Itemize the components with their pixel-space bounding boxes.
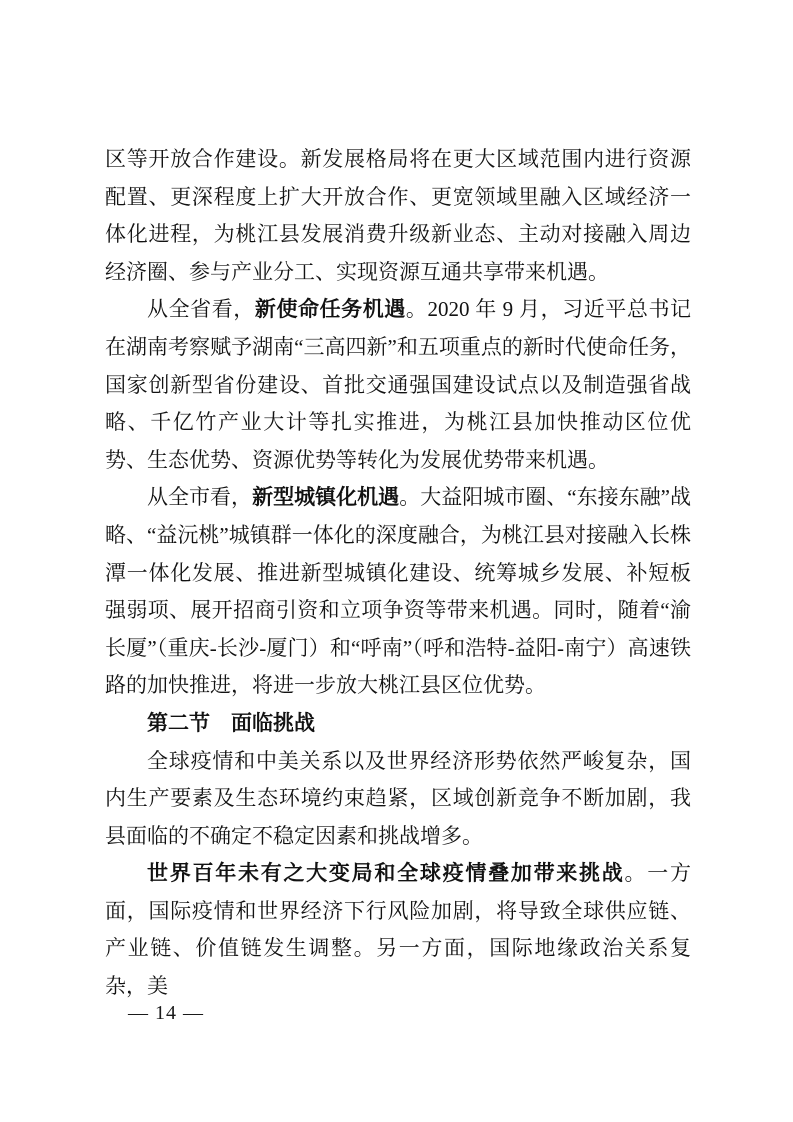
paragraph-new-mission-opportunity: 从全省看，新使命任务机遇。2020 年 9 月，习近平总书记在湖南考察赋予湖南“… [105,291,691,479]
paragraph-text-bold: 世界百年未有之大变局和全球疫情叠加带来挑战 [147,861,625,885]
paragraph-global-situation: 全球疫情和中美关系以及世界经济形势依然严峻复杂，国内生产要素及生态环境约束趋紧，… [105,743,691,856]
document-body: 区等开放合作建设。新发展格局将在更大区域范围内进行资源配置、更深程度上扩大开放合… [105,141,691,1006]
section-heading: 第二节 面临挑战 [105,705,691,743]
paragraph-text: 。大益阳城市圈、“东接东融”战略、“益沅桃”城镇群一体化的深度融合，为桃江县对接… [105,485,691,697]
paragraph-text-bold: 新型城镇化机遇 [252,485,399,509]
paragraph-text-bold: 新使命任务机遇 [255,297,406,321]
paragraph-text: 从全市看， [147,485,252,509]
paragraph-text: 全球疫情和中美关系以及世界经济形势依然严峻复杂，国内生产要素及生态环境约束趋紧，… [105,749,691,848]
paragraph-new-urbanization-opportunity: 从全市看，新型城镇化机遇。大益阳城市圈、“东接东融”战略、“益沅桃”城镇群一体化… [105,479,691,705]
page-footer: — 14 — [128,1000,204,1026]
page-number: — 14 — [128,1002,204,1024]
paragraph-text: 。2020 年 9 月，习近平总书记在湖南考察赋予湖南“三高四新”和五项重点的新… [105,297,691,471]
paragraph-text: 区等开放合作建设。新发展格局将在更大区域范围内进行资源配置、更深程度上扩大开放合… [105,147,691,284]
paragraph-text: 从全省看， [147,297,255,321]
paragraph-regional-cooperation: 区等开放合作建设。新发展格局将在更大区域范围内进行资源配置、更深程度上扩大开放合… [105,141,691,291]
document-page: 区等开放合作建设。新发展格局将在更大区域范围内进行资源配置、更深程度上扩大开放合… [0,0,793,1122]
paragraph-century-changes-challenge: 世界百年未有之大变局和全球疫情叠加带来挑战。一方面，国际疫情和世界经济下行风险加… [105,855,691,1005]
section-heading-text: 第二节 面临挑战 [147,711,315,735]
